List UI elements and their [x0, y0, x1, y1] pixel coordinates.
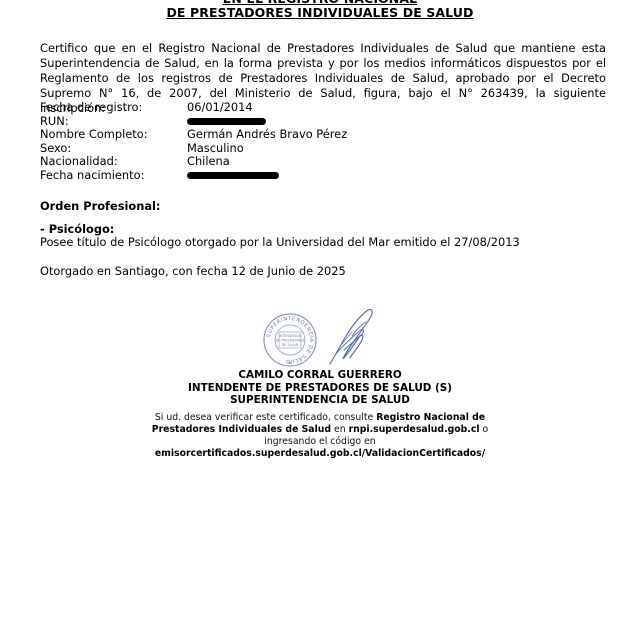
redaction-bar — [187, 118, 266, 125]
field-label: Sexo: — [40, 142, 71, 156]
profession-title: - Psicólogo: — [40, 222, 114, 236]
field-label: Fecha nacimiento: — [40, 169, 144, 183]
field-value: Germán Andrés Bravo Pérez — [187, 128, 347, 142]
field-label: Fecha de registro: — [40, 101, 142, 115]
title-line-2: DE PRESTADORES INDIVIDUALES DE SALUD — [0, 5, 640, 20]
field-value: Chilena — [187, 155, 230, 169]
registry-site-link[interactable]: rnpi.superdesalud.gob.cl — [349, 424, 480, 435]
signer-name: CAMILO CORRAL GUERRERO — [0, 369, 640, 382]
svg-text:INTENDENCIA: INTENDENCIA — [279, 334, 302, 338]
field-value: 06/01/2014 — [187, 101, 253, 115]
profession-description: Posee título de Psicólogo otorgado por l… — [40, 235, 520, 249]
field-label: Nombre Completo: — [40, 128, 148, 142]
verification-note: Si ud. desea verificar este certificado,… — [0, 412, 640, 460]
redaction-bar — [187, 172, 279, 179]
signer-organization: SUPERINTENDENCIA DE SALUD — [0, 394, 640, 407]
svg-text:★: ★ — [288, 360, 292, 365]
validation-url-link[interactable]: emisorcertificados.superdesalud.gob.cl/V… — [155, 448, 485, 459]
signer-role: INTENDENTE DE PRESTADORES DE SALUD (S) — [0, 382, 640, 395]
certificate-page: EN EL REGISTRO NACIONAL DE PRESTADORES I… — [0, 0, 640, 640]
svg-text:DE PRESTADORES: DE PRESTADORES — [276, 339, 305, 343]
verification-prefix: Si ud. desea verificar este certificado,… — [155, 412, 376, 423]
issued-statement: Otorgado en Santiago, con fecha 12 de Ju… — [40, 264, 346, 278]
profession-heading: Orden Profesional: — [40, 199, 161, 213]
svg-text:DE SALUD: DE SALUD — [282, 343, 299, 347]
signer-block: CAMILO CORRAL GUERRERO INTENDENTE DE PRE… — [0, 369, 640, 407]
official-stamp-icon: SUPERINTENDENCIA DE SALUD INTENDENCIA DE… — [262, 312, 318, 368]
field-label: Nacionalidad: — [40, 155, 118, 169]
verification-mid: en — [331, 424, 349, 435]
field-value: Masculino — [187, 142, 244, 156]
field-label: RUN: — [40, 115, 69, 129]
signature-icon — [322, 306, 378, 368]
